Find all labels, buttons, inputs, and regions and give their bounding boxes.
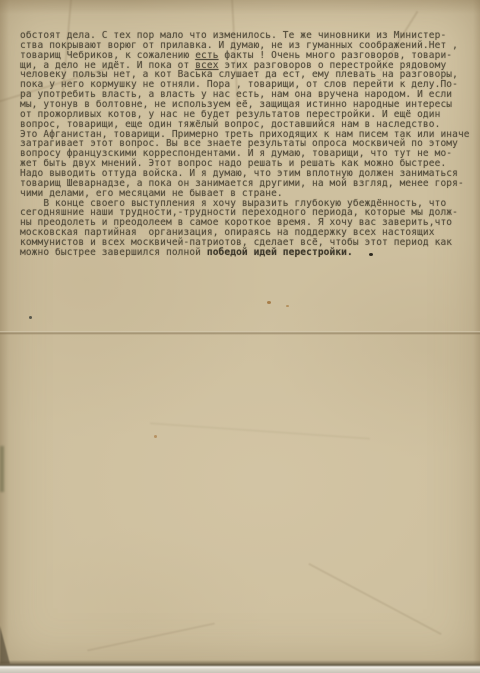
edge-smudge bbox=[0, 446, 4, 492]
dark-speck bbox=[29, 316, 32, 319]
typed-text: обстоят дела. С тех пор мало что изменил… bbox=[20, 31, 472, 258]
rust-stain-3 bbox=[154, 435, 157, 438]
typed-line: можно быстрее завершился полной победой … bbox=[20, 248, 472, 258]
scanned-page: обстоят дела. С тех пор мало что изменил… bbox=[0, 0, 480, 673]
corner-notch bbox=[0, 626, 10, 664]
scanner-edge bbox=[0, 660, 480, 673]
rust-stain-1 bbox=[267, 301, 271, 304]
rust-stain-2 bbox=[286, 305, 289, 307]
crease-diagonal-bottomleft bbox=[87, 623, 215, 652]
crease-faint-middle bbox=[150, 422, 370, 439]
fold-crease-horizontal bbox=[0, 331, 480, 335]
paper-sheet: обстоят дела. С тех пор мало что изменил… bbox=[0, 0, 480, 666]
crease-diagonal-bottomright bbox=[308, 563, 441, 635]
